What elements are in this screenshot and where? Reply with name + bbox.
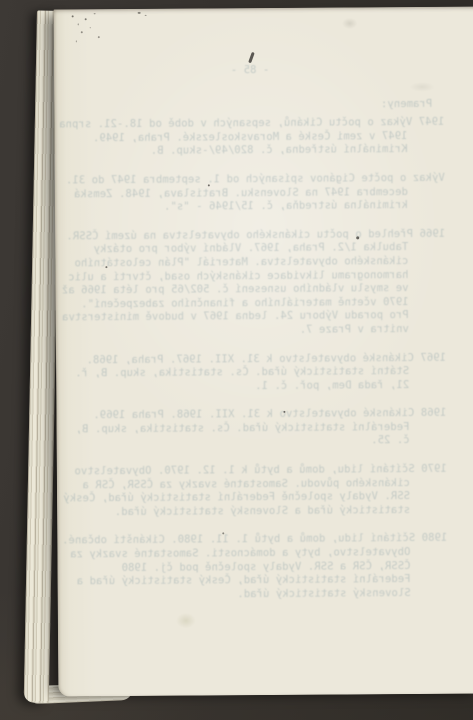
ink-fleck [105,266,107,268]
ink-fleck [222,532,224,534]
bleed-text-layer: - 85 - Prameny: 1947 Výkaz o počtu Cikán… [56,63,448,618]
sources-heading: Prameny: [56,97,432,113]
bibliography-entry: 1968 Cikánské obyvatelstvo k 31. XII. 19… [58,407,446,450]
ink-fleck [356,236,359,239]
ink-fleck [90,27,91,28]
ink-slash-mark [248,52,255,63]
ink-fleck [76,40,77,42]
bibliography-entry: 1966 Přehled o počtu cikánského obyvatel… [57,228,446,339]
ink-fleck [283,411,285,413]
ink-fleck [85,18,87,20]
ink-fleck [78,23,79,25]
bibliography-entries: 1947 Výkaz o počtu Cikánů, sepsaných v d… [56,116,447,603]
ink-fleck [81,31,83,33]
bibliography-entry: 1967 Cikánské obyvatelstvo k 31. XII. 19… [58,351,446,394]
bibliography-entry: 1970 Sčítání lidu, domů a bytů k 1. 12. … [59,463,447,520]
bibliography-entry: 1980 Sčítání lidu, domů a bytů 1. 11. 19… [59,532,447,603]
ink-fleck [138,12,141,14]
ink-fleck [94,13,96,14]
bibliography-entry: 1947 Výkaz o počtu Cikánů, sepsaných v d… [56,116,444,159]
page-number: - 85 - [56,63,444,79]
ink-fleck [145,15,147,16]
scanned-page: - 85 - Prameny: 1947 Výkaz o počtu Cikán… [54,7,473,697]
bibliography-entry: Výkaz o počte Cigánov spísaných od 1. se… [57,172,445,215]
ink-fleck [72,15,74,17]
ink-fleck [208,184,210,186]
ink-fleck [98,36,100,38]
